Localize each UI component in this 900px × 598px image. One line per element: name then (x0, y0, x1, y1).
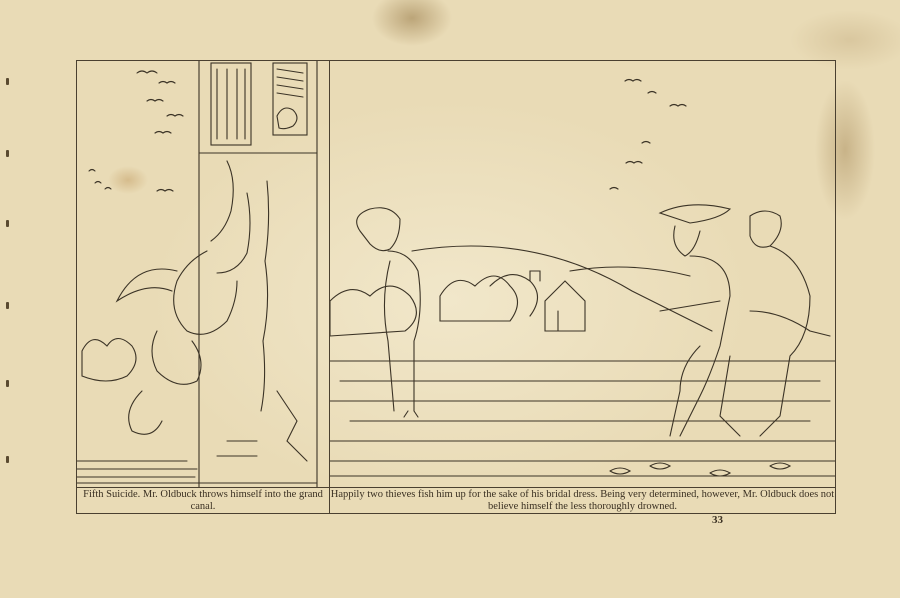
book-page: Fifth Suicide. Mr. Oldbuck throws himsel… (0, 0, 900, 598)
binding-hole (6, 302, 9, 309)
right-caption: Happily two thieves fish him up for the … (330, 488, 835, 514)
illustration-frame: Fifth Suicide. Mr. Oldbuck throws himsel… (76, 60, 836, 514)
falling-man-drawing (77, 61, 329, 487)
page-number: 33 (712, 514, 723, 526)
binding-hole (6, 78, 9, 85)
right-panel-illustration (330, 61, 835, 487)
binding-hole (6, 456, 9, 463)
binding-hole (6, 150, 9, 157)
binding-hole (6, 380, 9, 387)
left-panel-illustration (77, 61, 330, 487)
thieves-fishing-drawing (330, 61, 835, 487)
binding-hole (6, 220, 9, 227)
left-caption: Fifth Suicide. Mr. Oldbuck throws himsel… (77, 488, 330, 514)
caption-bar: Fifth Suicide. Mr. Oldbuck throws himsel… (77, 487, 835, 514)
